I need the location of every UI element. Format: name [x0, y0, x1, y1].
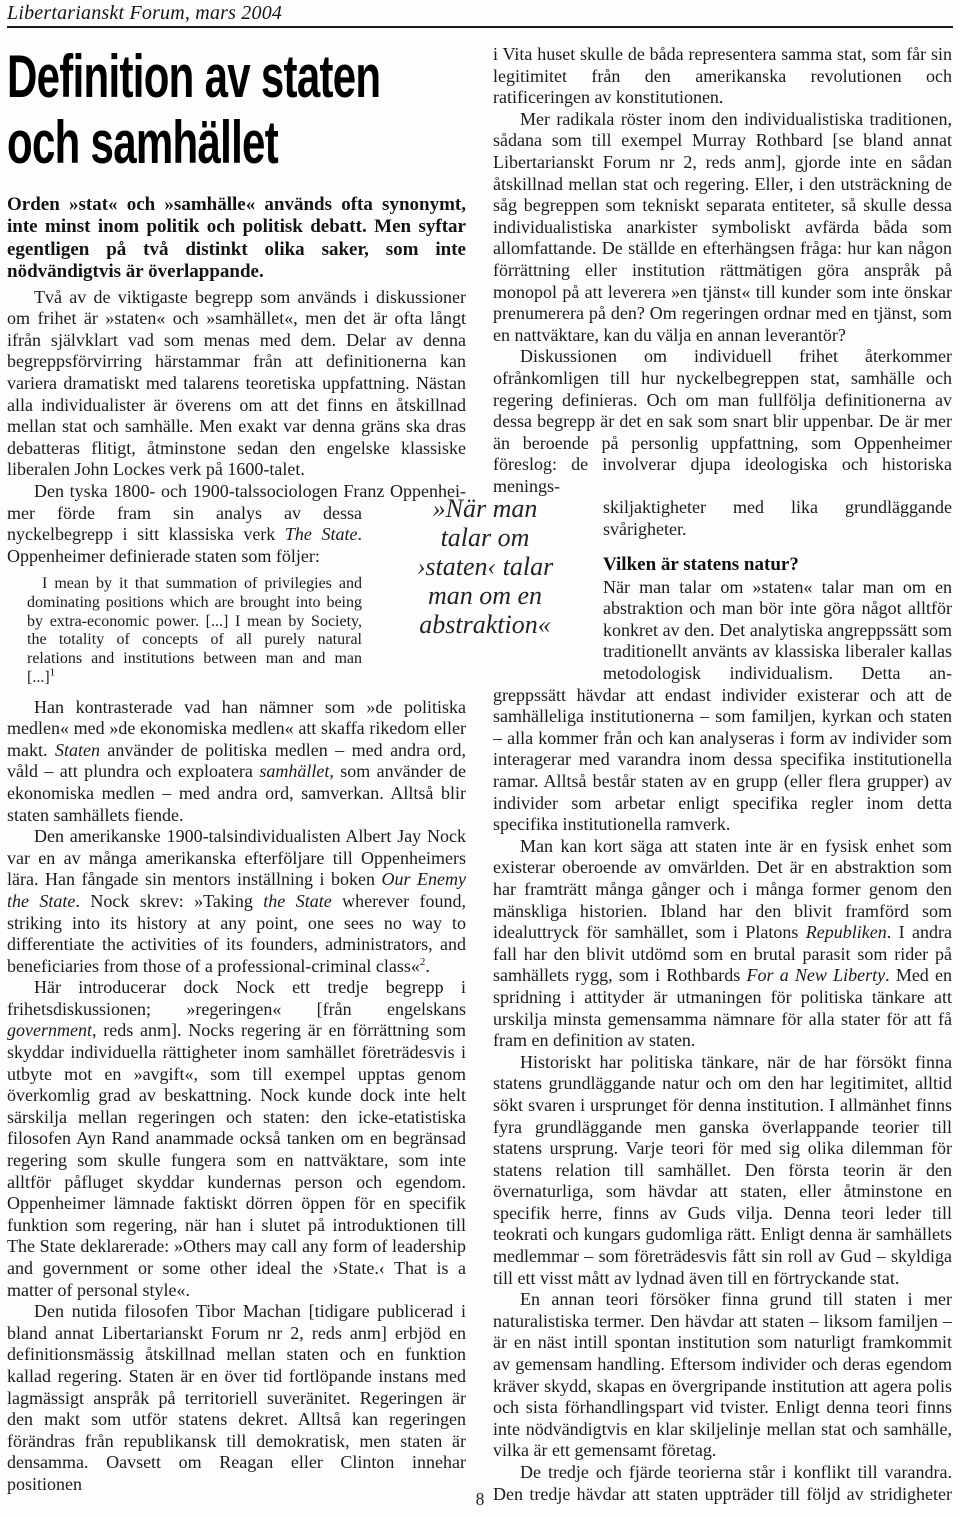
oppenheimer-quote: I mean by it that summation of privilegi… [27, 575, 362, 687]
body-paragraph: mer förde fram sin analys av dessa nycke… [7, 503, 362, 568]
pull-quote-line: »När man [386, 494, 584, 523]
article-title-text: Definition av staten och samhället [7, 44, 328, 176]
article-columns: Definition av staten och samhället Orden… [0, 28, 960, 1505]
title-line-2: och samhället [7, 110, 328, 176]
page-number: 8 [0, 1489, 960, 1510]
body-paragraph: greppssätt hävdar att endast individer e… [493, 685, 952, 836]
body-paragraph: i Vita huset skulle de båda representera… [493, 44, 952, 109]
text-wrap-region-right: skiljaktigheter med lika grundläggande s… [603, 497, 952, 684]
text-wrap-region-left: mer förde fram sin analys av dessa nycke… [7, 503, 362, 688]
body-paragraph: Man kan kort säga att staten inte är en … [493, 836, 952, 1052]
body-paragraph: Mer radikala röster inom den individuali… [493, 109, 952, 347]
column-left: Definition av staten och samhället Orden… [7, 32, 466, 1496]
body-paragraph: Den amerikanske 1900-talsindividualisten… [7, 826, 466, 977]
pull-quote: »När man talar om ›staten‹ talar man om … [386, 494, 584, 639]
body-paragraph: En annan teori försöker finna grund till… [493, 1289, 952, 1462]
body-paragraph: skiljaktigheter med lika grundläggande s… [603, 497, 952, 540]
body-paragraph: När man talar om »staten« talar man om e… [603, 577, 952, 685]
pull-quote-line: man om en [386, 581, 584, 610]
body-paragraph: Två av de viktigaste begrepp som används… [7, 287, 466, 481]
column-right: i Vita huset skulle de båda representera… [493, 32, 952, 1505]
body-paragraph: Här introducerar dock Nock ett tredje be… [7, 977, 466, 1301]
pull-quote-line: abstraktion« [386, 610, 584, 639]
article-title: Definition av staten och samhället [7, 44, 466, 176]
title-line-1: Definition av staten [7, 44, 328, 110]
section-heading: Vilken är statens natur? [603, 554, 952, 576]
pull-quote-line: ›staten‹ talar [386, 552, 584, 581]
body-paragraph: Den nutida filosofen Tibor Machan [tidig… [7, 1301, 466, 1495]
body-paragraph: Historiskt har politiska tänkare, när de… [493, 1052, 952, 1290]
lead-paragraph: Orden »stat« och »samhälle« används ofta… [7, 194, 466, 284]
pull-quote-line: talar om [386, 523, 584, 552]
running-head: Libertarianskt Forum, mars 2004 [7, 2, 953, 24]
magazine-page: Libertarianskt Forum, mars 2004 Definiti… [0, 0, 960, 1517]
body-paragraph: Diskussionen om individuell frihet återk… [493, 346, 952, 497]
masthead: Libertarianskt Forum, mars 2004 [0, 0, 960, 28]
body-paragraph: Han kontrasterade vad han nämner som »de… [7, 697, 466, 827]
